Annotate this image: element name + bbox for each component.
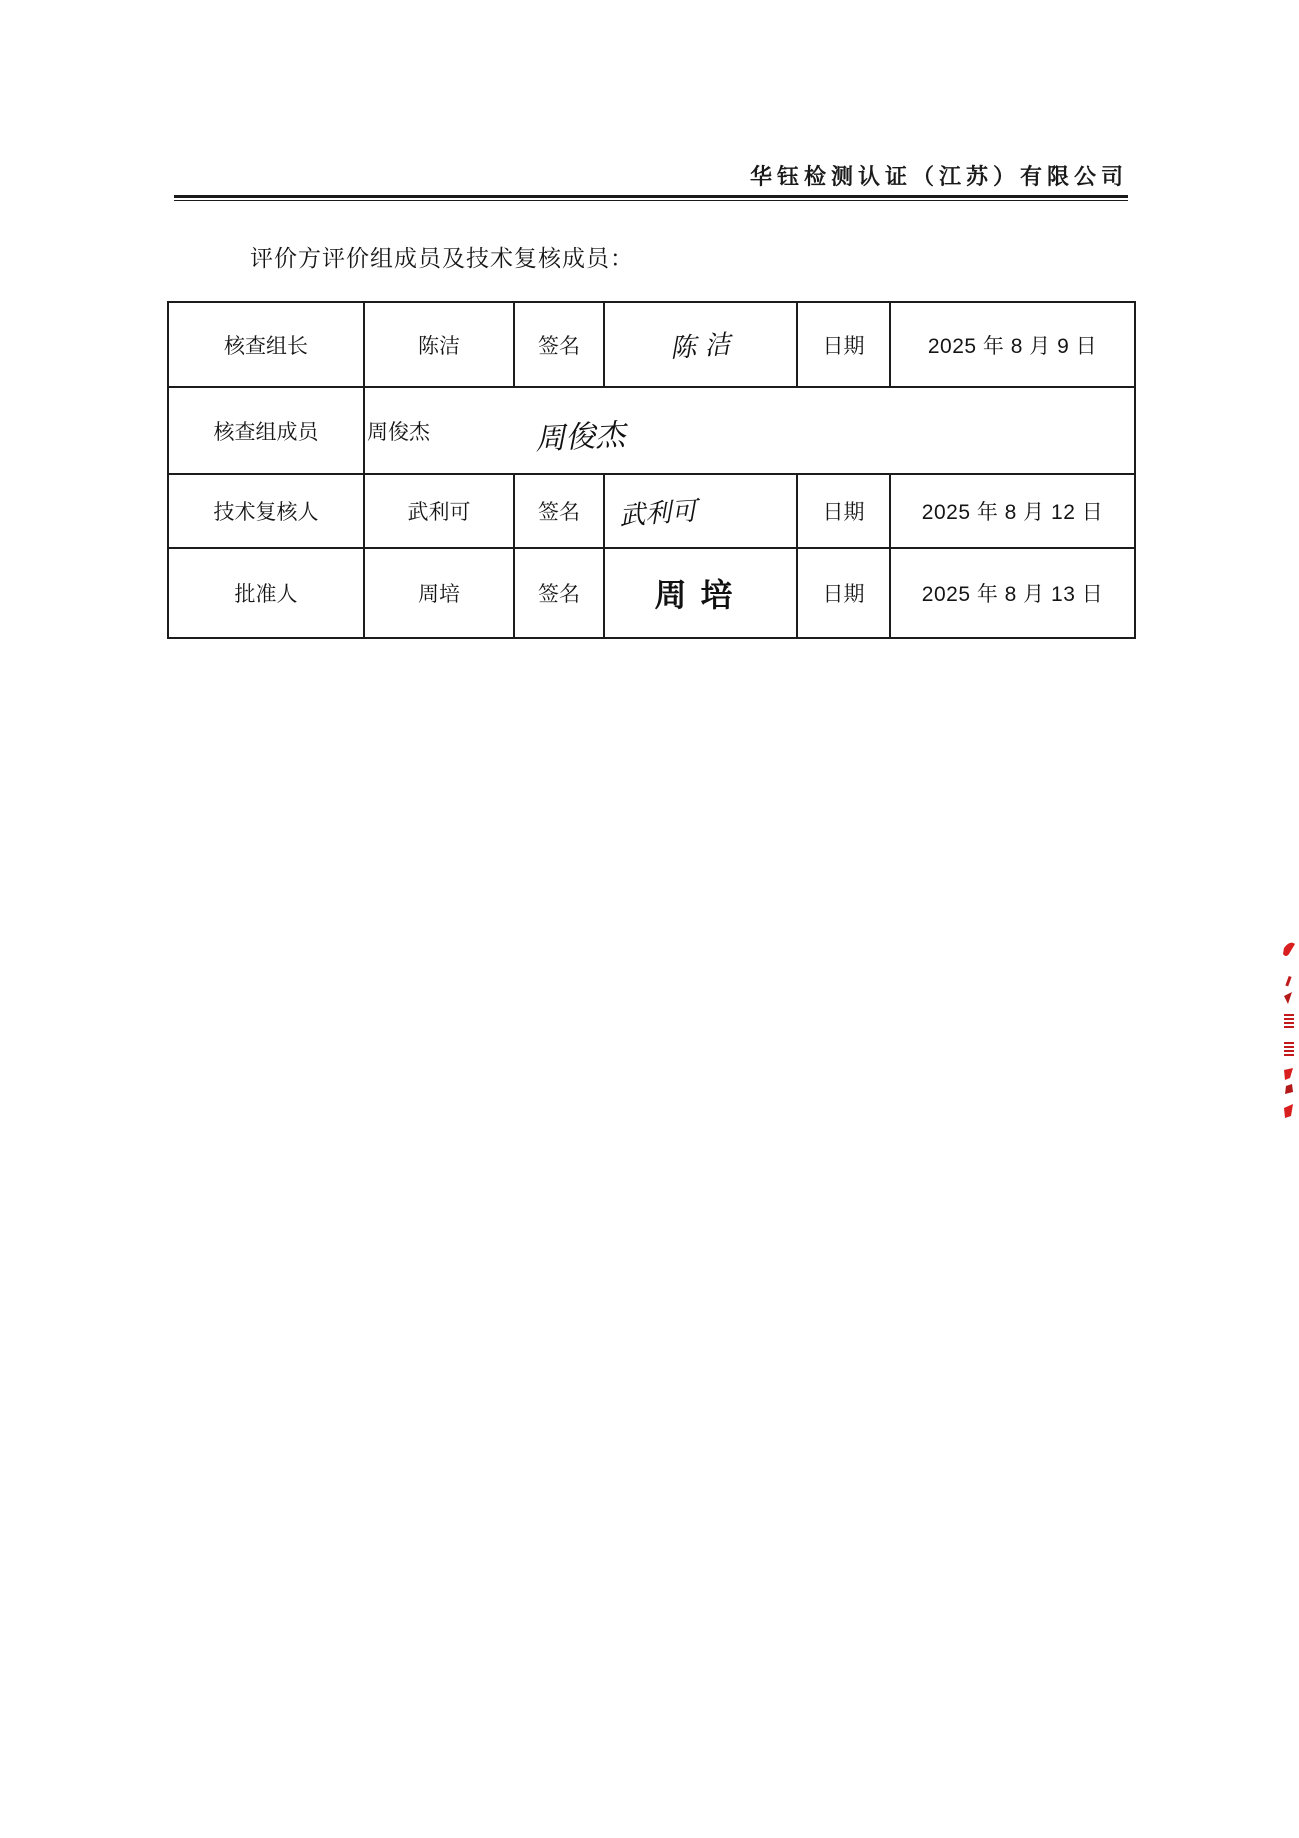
handwritten-signature: 武利可 xyxy=(618,490,698,532)
signature-cell: 周培 xyxy=(604,548,797,638)
sign-label-cell: 签名 xyxy=(514,302,604,387)
member-cell: 周俊杰 周俊杰 xyxy=(364,387,1135,474)
handwritten-signature: 周俊杰 xyxy=(534,410,626,459)
name-cell: 周培 xyxy=(364,548,514,638)
name-cell: 武利可 xyxy=(364,474,514,548)
handwritten-signature: 周培 xyxy=(654,576,746,614)
sign-label-cell: 签名 xyxy=(514,474,604,548)
sign-label-cell: 签名 xyxy=(514,548,604,638)
table-row-technical-reviewer: 技术复核人 武利可 签名 武利可 日期 2025 年 8 月 12 日 xyxy=(168,474,1135,548)
date-label-cell: 日期 xyxy=(797,548,890,638)
role-cell: 核查组成员 xyxy=(168,387,364,474)
date-value: 2025 年 8 月 13 日 xyxy=(922,583,1103,606)
role-cell: 技术复核人 xyxy=(168,474,364,548)
date-value: 2025 年 8 月 9 日 xyxy=(928,335,1097,358)
name-value: 周俊杰 xyxy=(367,416,430,446)
red-seal-fragment-icon xyxy=(1278,940,1299,1135)
handwritten-signature: 陈 洁 xyxy=(669,324,732,365)
role-cell: 批准人 xyxy=(168,548,364,638)
table-row-team-leader: 核查组长 陈洁 签名 陈 洁 日期 2025 年 8 月 9 日 xyxy=(168,302,1135,387)
date-value: 2025 年 8 月 12 日 xyxy=(922,501,1103,524)
date-label-cell: 日期 xyxy=(797,474,890,548)
section-intro: 评价方评价组成员及技术复核成员： xyxy=(250,244,634,274)
header-rule-thick xyxy=(174,195,1128,198)
company-name: 华钰检测认证（江苏）有限公司 xyxy=(750,163,1128,191)
table-row-team-member: 核查组成员 周俊杰 周俊杰 xyxy=(168,387,1135,474)
date-cell: 2025 年 8 月 9 日 xyxy=(890,302,1135,387)
evaluation-team-table: 核查组长 陈洁 签名 陈 洁 日期 2025 年 8 月 9 日 核查组成员 周… xyxy=(167,301,1136,639)
date-cell: 2025 年 8 月 12 日 xyxy=(890,474,1135,548)
role-cell: 核查组长 xyxy=(168,302,364,387)
header-rule-thin xyxy=(174,200,1128,201)
date-label-cell: 日期 xyxy=(797,302,890,387)
date-cell: 2025 年 8 月 13 日 xyxy=(890,548,1135,638)
name-cell: 陈洁 xyxy=(364,302,514,387)
signature-cell: 陈 洁 xyxy=(604,302,797,387)
signature-cell: 武利可 xyxy=(604,474,797,548)
table-row-approver: 批准人 周培 签名 周培 日期 2025 年 8 月 13 日 xyxy=(168,548,1135,638)
